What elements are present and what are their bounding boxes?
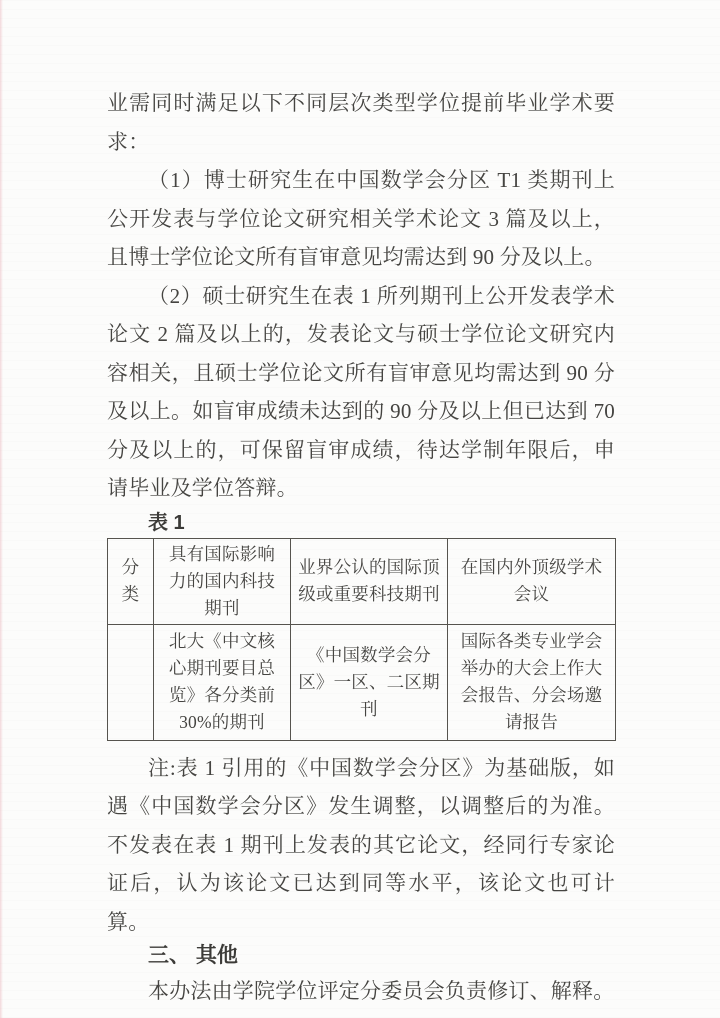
paragraph-item-1: （1）博士研究生在中国数学会分区 T1 类期刊上公开发表与学位论文研究相关学术论… bbox=[107, 161, 615, 277]
table-1: 分类 具有国际影响力的国内科技期刊 业界公认的国际顶级或重要科技期刊 在国内外顶… bbox=[107, 538, 616, 741]
table-1-data-row: 北大《中文核心期刊要目总览》各分类前 30%的期刊 《中国数学会分区》一区、二区… bbox=[108, 624, 616, 740]
scanned-document-page: 业需同时满足以下不同层次类型学位提前毕业学术要求： （1）博士研究生在中国数学会… bbox=[0, 0, 720, 1018]
table-1-cell-domestic-journals: 北大《中文核心期刊要目总览》各分类前 30%的期刊 bbox=[154, 624, 291, 740]
table-1-cell-category bbox=[108, 624, 154, 740]
table-1-cell-international-journals: 《中国数学会分区》一区、二区期刊 bbox=[291, 624, 448, 740]
section-heading-other: 三、 其他 bbox=[148, 941, 615, 971]
paragraph-intro: 业需同时满足以下不同层次类型学位提前毕业学术要求： bbox=[107, 84, 615, 161]
paragraph-item-2: （2）硕士研究生在表 1 所列期刊上公开发表学术论文 2 篇及以上的，发表论文与… bbox=[107, 277, 615, 508]
table-1-header-top-conferences: 在国内外顶级学术会议 bbox=[448, 538, 616, 624]
paragraph-note: 注:表 1 引用的《中国数学会分区》为基础版，如遇《中国数学会分区》发生调整，以… bbox=[107, 749, 615, 942]
table-1-header-category: 分类 bbox=[108, 538, 154, 624]
table-1-label: 表 1 bbox=[148, 508, 615, 538]
table-1-header-international-journals: 业界公认的国际顶级或重要科技期刊 bbox=[291, 538, 448, 624]
scan-left-edge-tint bbox=[0, 0, 3, 1018]
table-1-cell-top-conferences: 国际各类专业学会举办的大会上作大会报告、分会场邀请报告 bbox=[448, 624, 616, 740]
table-1-header-row: 分类 具有国际影响力的国内科技期刊 业界公认的国际顶级或重要科技期刊 在国内外顶… bbox=[108, 538, 616, 624]
document-content: 业需同时满足以下不同层次类型学位提前毕业学术要求： （1）博士研究生在中国数学会… bbox=[107, 84, 615, 1011]
paragraph-closing: 本办法由学院学位评定分委员会负责修订、解释。 bbox=[107, 972, 615, 1011]
table-1-header-domestic-journals: 具有国际影响力的国内科技期刊 bbox=[154, 538, 291, 624]
